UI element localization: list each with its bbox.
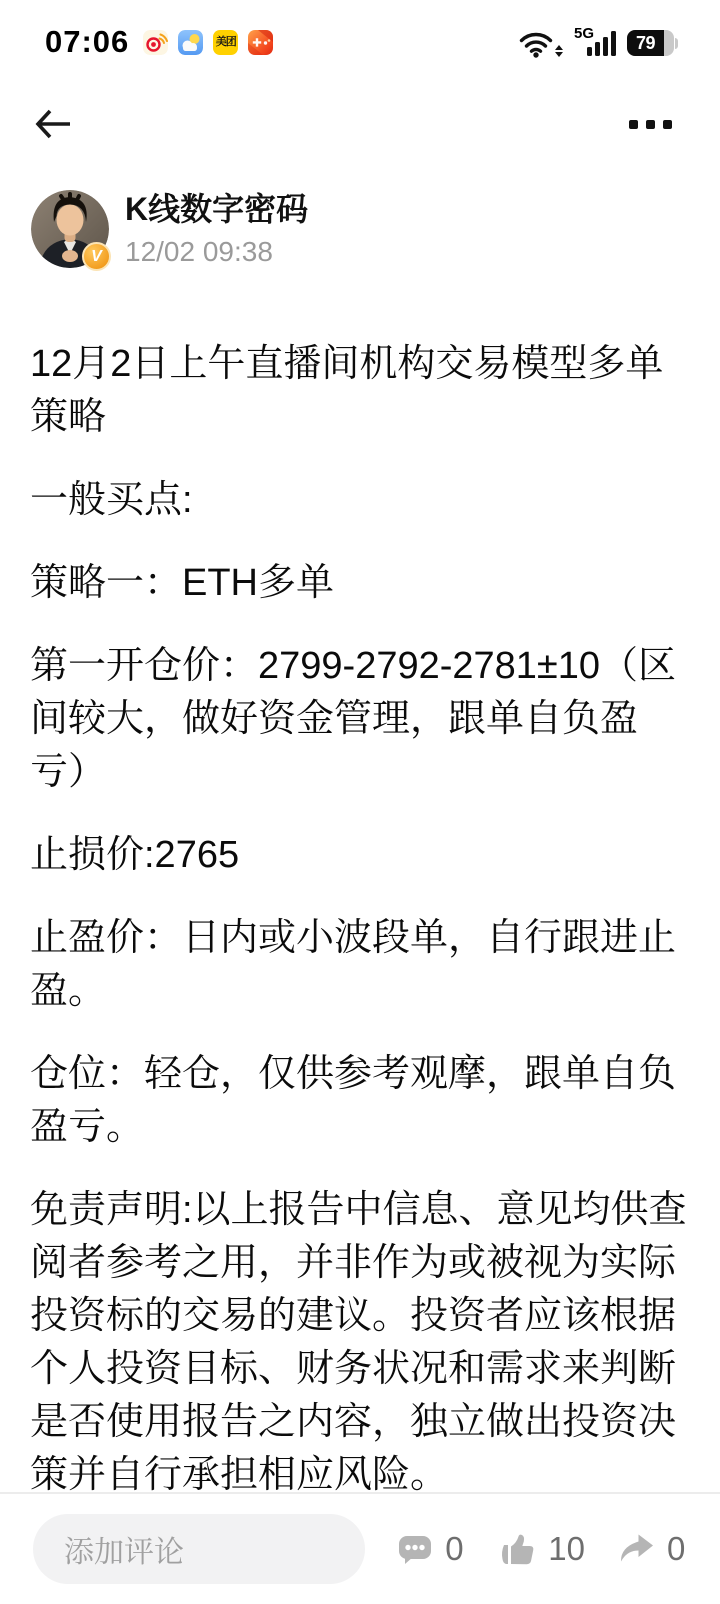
- verified-badge-icon: V: [82, 242, 111, 271]
- wifi-icon: [519, 31, 563, 58]
- post-paragraph: 第一开仓价：2799-2792-2781±10（区间较大，做好资金管理，跟单自负…: [30, 640, 692, 799]
- battery-percent: 79: [627, 30, 664, 56]
- meituan-label: 美团: [216, 37, 236, 48]
- add-comment-placeholder: 添加评论: [64, 1527, 184, 1571]
- status-bar: 07:06: [0, 0, 720, 60]
- share-count: 0: [667, 1530, 687, 1568]
- more-options-icon: [629, 120, 638, 129]
- status-time: 07:06: [45, 24, 129, 60]
- thumbs-up-icon: [498, 1533, 535, 1566]
- comment-button[interactable]: 0: [398, 1530, 465, 1568]
- nav-bar: [0, 104, 720, 144]
- post-timestamp: 12/02 09:38: [125, 237, 308, 268]
- data-activity-arrows-icon: [555, 45, 563, 58]
- weibo-app-icon: [143, 30, 168, 55]
- author-profile-row: V K线数字密码 12/02 09:38: [0, 190, 720, 268]
- notification-icons: 美团: [143, 30, 273, 55]
- author-name[interactable]: K线数字密码: [125, 190, 308, 228]
- post-paragraph: 止盈价：日内或小波段单，自行跟进止盈。: [30, 912, 692, 1018]
- post-paragraph: 策略一：ETH多单: [30, 557, 692, 610]
- share-button[interactable]: 0: [618, 1530, 687, 1568]
- screen: 07:06: [0, 0, 720, 1604]
- post-actions: 0 10 0: [398, 1530, 687, 1568]
- status-indicators: 5G 79: [519, 26, 678, 58]
- post-paragraph: 仓位：轻仓，仅供参考观摩，跟单自负盈亏。: [30, 1048, 692, 1154]
- post-paragraph: 一般买点:: [30, 474, 692, 527]
- like-button[interactable]: 10: [498, 1530, 585, 1568]
- share-arrow-icon: [618, 1533, 654, 1565]
- post-paragraph: 止损价:2765: [30, 829, 692, 882]
- like-count: 10: [548, 1530, 585, 1568]
- post-content: 12月2日上午直播间机构交易模型多单策略 一般买点: 策略一：ETH多单 第一开…: [0, 268, 720, 1502]
- cellular-signal-icon: 5G: [574, 26, 616, 58]
- avatar[interactable]: V: [31, 190, 109, 268]
- post-title: 12月2日上午直播间机构交易模型多单策略: [30, 338, 692, 444]
- more-options-button[interactable]: [629, 114, 672, 135]
- weather-app-icon: [178, 30, 203, 55]
- meituan-app-icon: 美团: [213, 30, 238, 55]
- back-arrow-icon: [33, 106, 73, 142]
- battery-icon: 79: [627, 30, 678, 56]
- comment-count: 0: [445, 1530, 465, 1568]
- comment-bubble-icon: [398, 1534, 432, 1565]
- add-comment-input[interactable]: 添加评论: [33, 1514, 365, 1584]
- game-center-app-icon: [248, 30, 273, 55]
- comment-bar: 添加评论 0 10: [0, 1492, 720, 1604]
- post-disclaimer: 免责声明:以上报告中信息、意见均供查阅者参考之用，并非作为或被视为实际投资标的交…: [30, 1184, 692, 1502]
- back-button[interactable]: [33, 106, 73, 142]
